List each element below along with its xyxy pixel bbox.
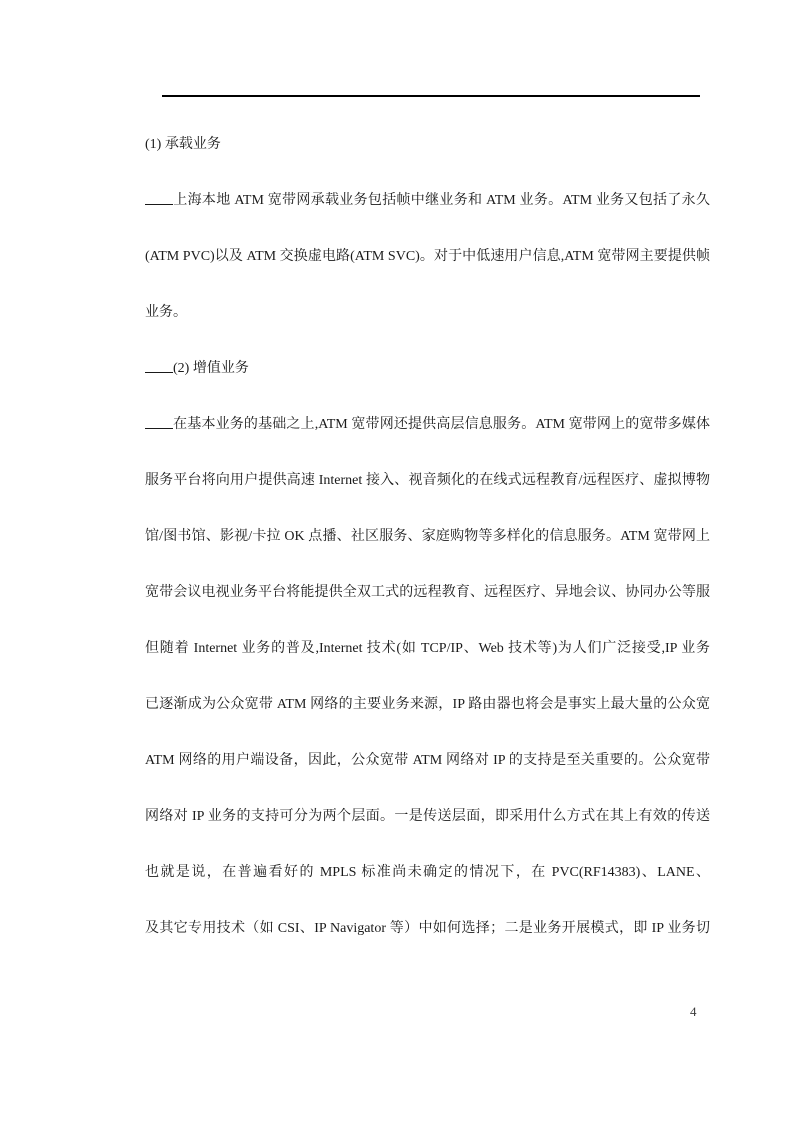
text-line: 业务。 [145,285,710,341]
text-line: 网络对 IP 业务的支持可分为两个层面。一是传送层面，即采用什么方式在其上有效的… [145,789,710,845]
line-text: 网络对 IP 业务的支持可分为两个层面。一是传送层面，即采用什么方式在其上有效的… [145,809,710,845]
line-text: 宽带会议电视业务平台将能提供全双工式的远程教育、远程医疗、异地会议、协同办公等服… [145,585,710,621]
text-line: (ATM PVC)以及 ATM 交换虚电路(ATM SVC)。对于中低速用户信息… [145,229,710,285]
section-heading-1: (1) 承载业务 [145,117,710,173]
text-line: 也就是说，在普遍看好的 MPLS 标准尚未确定的情况下，在 PVC(RF1438… [145,845,710,901]
line-text: 服务平台将向用户提供高速 Internet 接入、视音频化的在线式远程教育/远程… [145,473,710,488]
heading-text: (1) 承载业务 [145,137,221,152]
line-text: 也就是说，在普遍看好的 MPLS 标准尚未确定的情况下，在 PVC(RF1438… [145,865,710,901]
page-number: 4 [690,1004,697,1019]
document-page: (1) 承载业务 上海本地 ATM 宽带网承载业务包括帧中继业务和 ATM 业务… [0,0,793,1122]
document-body: (1) 承载业务 上海本地 ATM 宽带网承载业务包括帧中继业务和 ATM 业务… [145,117,710,957]
text-line: 在基本业务的基础之上,ATM 宽带网还提供高层信息服务。ATM 宽带网上的宽带多… [145,397,710,453]
indent-underline [145,426,173,429]
line-text: ATM 网络的用户端设备，因此，公众宽带 ATM 网络对 IP 的支持是至关重要… [145,753,710,789]
section-heading-2: (2) 增值业务 [145,341,710,397]
text-line: 宽带会议电视业务平台将能提供全双工式的远程教育、远程医疗、异地会议、协同办公等服… [145,565,710,621]
line-text: 业务。 [145,305,187,320]
text-line: 但随着 Internet 业务的普及,Internet 技术(如 TCP/IP、… [145,621,710,677]
text-line: ATM 网络的用户端设备，因此，公众宽带 ATM 网络对 IP 的支持是至关重要… [145,733,710,789]
header-rule [162,95,700,97]
heading-text: (2) 增值业务 [173,361,249,376]
line-text: 但随着 Internet 业务的普及,Internet 技术(如 TCP/IP、… [145,641,710,656]
line-text: 在基本业务的基础之上,ATM 宽带网还提供高层信息服务。ATM 宽带网上的宽带多… [145,417,710,453]
text-line: 及其它专用技术（如 CSI、IP Navigator 等）中如何选择；二是业务开… [145,901,710,957]
indent-underline [145,370,173,373]
text-line: 已逐渐成为公众宽带 ATM 网络的主要业务来源，IP 路由器也将会是事实上最大量… [145,677,710,733]
line-text: 及其它专用技术（如 CSI、IP Navigator 等）中如何选择；二是业务开… [145,921,710,936]
line-text: 已逐渐成为公众宽带 ATM 网络的主要业务来源，IP 路由器也将会是事实上最大量… [145,697,710,733]
line-text: (ATM PVC)以及 ATM 交换虚电路(ATM SVC)。对于中低速用户信息… [145,249,710,285]
indent-underline [145,202,173,205]
line-text: 上海本地 ATM 宽带网承载业务包括帧中继业务和 ATM 业务。ATM 业务又包… [145,193,710,229]
text-line: 服务平台将向用户提供高速 Internet 接入、视音频化的在线式远程教育/远程… [145,453,710,509]
text-line: 上海本地 ATM 宽带网承载业务包括帧中继业务和 ATM 业务。ATM 业务又包… [145,173,710,229]
line-text: 馆/图书馆、影视/卡拉 OK 点播、社区服务、家庭购物等多样化的信息服务。ATM… [145,529,710,565]
text-line: 馆/图书馆、影视/卡拉 OK 点播、社区服务、家庭购物等多样化的信息服务。ATM… [145,509,710,565]
